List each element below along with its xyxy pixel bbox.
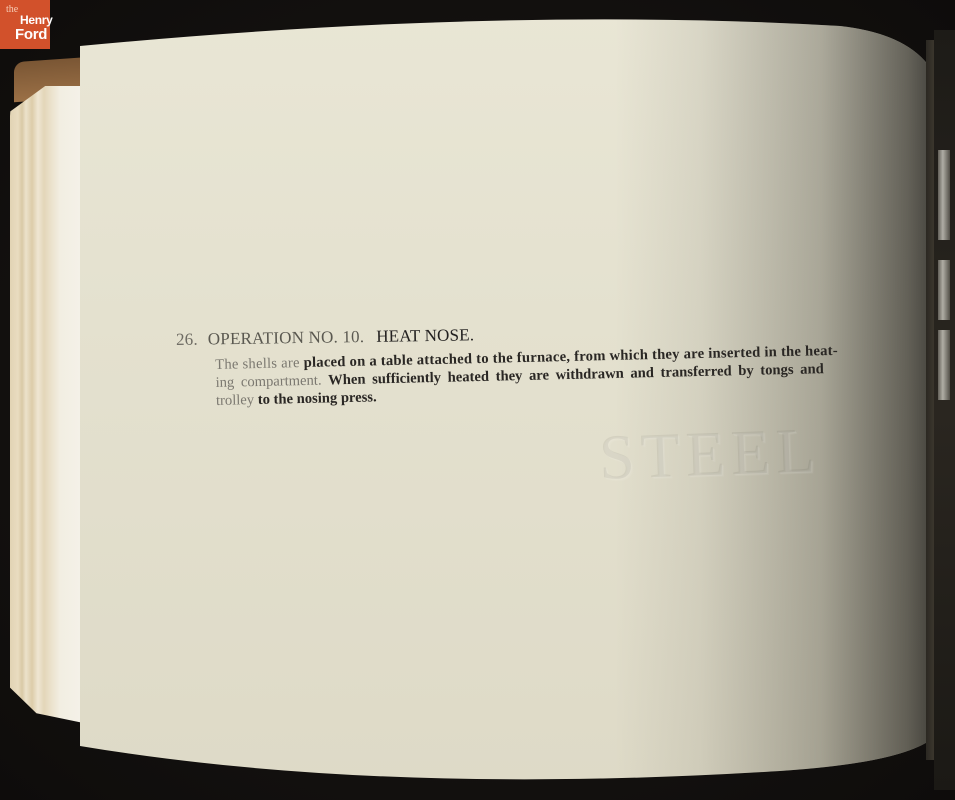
facing-page-edge [934,30,955,790]
book-photo: STEEL 26.OPERATION NO. 10.HEAT NOSE. The… [0,0,955,800]
logo-henry: Henry [20,14,53,26]
henry-ford-logo: the Henry Ford [0,0,50,49]
operation-title: HEAT NOSE. [376,325,474,346]
section-number: 26. [176,330,198,349]
facing-page-image-strip [938,330,950,400]
facing-page-image-strip [938,260,950,320]
facing-page-image-strip [938,150,950,240]
logo-ford: Ford [15,27,47,42]
logo-the: the [6,5,18,15]
embossed-ghost-text: STEEL [599,414,823,496]
operation-entry: 26.OPERATION NO. 10.HEAT NOSE. The shell… [176,330,936,410]
operation-label: OPERATION NO. 10. [208,327,365,348]
operation-description: The shells are placed on a table attache… [215,340,928,410]
